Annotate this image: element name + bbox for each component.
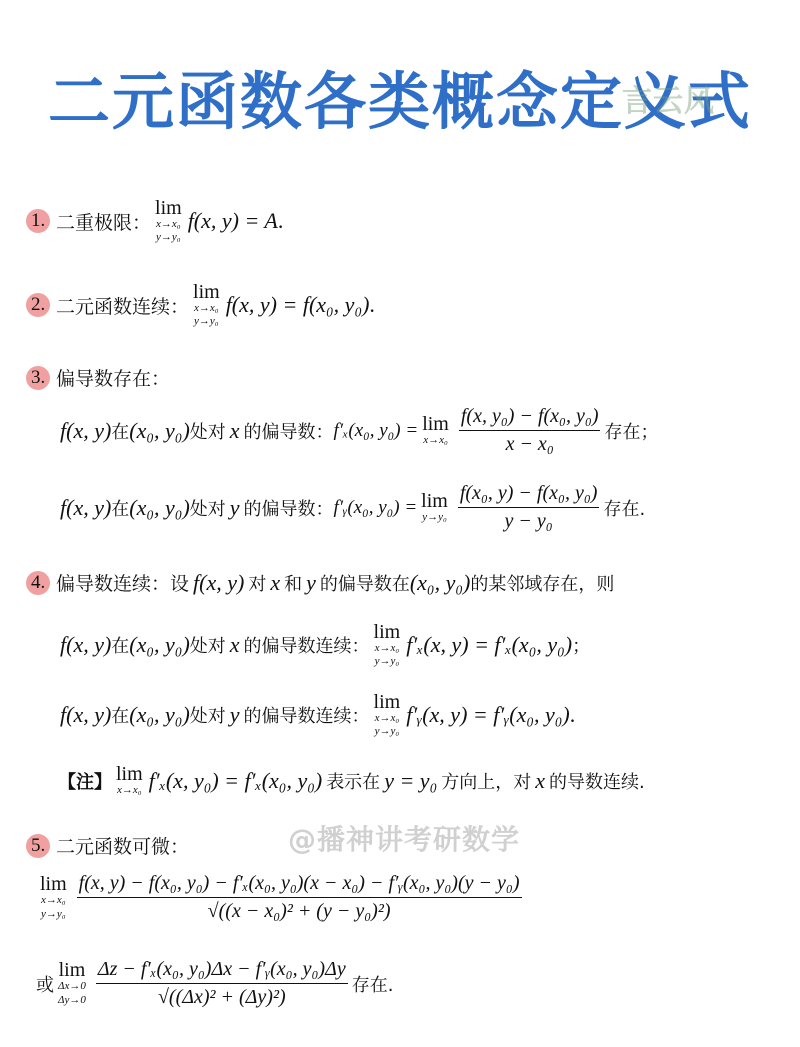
limit-operator: limΔx→0Δy→0 — [58, 960, 86, 1006]
difference-quotient: f(x₀, y) − f(x₀, y₀)y − y₀ — [458, 482, 600, 533]
text: 和 — [284, 570, 302, 596]
section-4-heading: 4. 偏导数连续：设 f(x, y) 对 x 和 y 的偏导数在 (x₀, y₀… — [26, 569, 614, 596]
function-expr: f(x, y) — [60, 702, 111, 728]
period: . — [570, 702, 576, 728]
limit-operator: limx→x₀y→y₀ — [193, 282, 220, 328]
text: 在 — [111, 418, 129, 444]
section-5-heading: 5. 二元函数可微： — [26, 832, 189, 859]
number-badge: 4. — [26, 571, 50, 595]
note-line: 【注】 limx→x₀ f′ₓ(x, y₀) = f′ₓ(x₀, y₀) 表示在… — [58, 764, 645, 797]
variable: y — [230, 495, 240, 521]
number-badge: 2. — [26, 293, 50, 317]
difference-quotient: f(x, y₀) − f(x₀, y₀)x − x₀ — [459, 405, 601, 456]
function-expr: f(x, y) — [60, 632, 111, 658]
function-expr: f(x, y) — [193, 570, 244, 596]
period: . — [278, 208, 284, 234]
text: 的偏导数： — [244, 418, 334, 444]
point-expr: (x₀, y₀) — [410, 570, 470, 596]
limit-operator: limx→x₀ — [116, 764, 143, 797]
partial-x-definition: f(x, y) 在 (x₀, y₀) 处对 x 的偏导数： f′ₓ(x₀, y₀… — [60, 405, 658, 456]
text: 存在. — [352, 971, 394, 997]
section-label: 二元函数连续： — [56, 292, 189, 319]
text: 处对 — [190, 702, 226, 728]
text: 的偏导数在 — [320, 570, 410, 596]
text: 的偏导数连续： — [244, 632, 370, 658]
variable: x — [230, 418, 240, 444]
continuity-x-line: f(x, y) 在 (x₀, y₀) 处对 x 的偏导数连续： limx→x₀y… — [60, 622, 590, 668]
section-label: 二元函数可微： — [56, 832, 189, 859]
variable: x — [270, 570, 280, 596]
text: 存在. — [603, 495, 645, 521]
period: . — [369, 292, 375, 318]
limit-operator: limx→x₀y→y₀ — [374, 692, 401, 738]
section-label: 二重极限： — [56, 208, 151, 235]
number-badge: 5. — [26, 834, 50, 858]
section-1: 1. 二重极限： limx→x₀y→y₀ f(x, y) = A . — [26, 198, 283, 244]
text: 方向上，对 — [441, 768, 531, 794]
number-badge: 1. — [26, 209, 50, 233]
text: ； — [572, 632, 590, 658]
text: 处对 — [190, 418, 226, 444]
section-3-heading: 3. 偏导数存在： — [26, 364, 170, 391]
partial-derivative: f′ₓ(x₀, y₀) = — [334, 420, 419, 442]
section-label: 偏导数存在： — [56, 364, 170, 391]
fraction: Δz − f′ₓ(x₀, y₀)Δx − f′ᵧ(x₀, y₀)Δy√((Δx)… — [96, 958, 348, 1009]
text: 存在； — [604, 418, 658, 444]
section-label: 偏导数连续：设 — [56, 569, 189, 596]
limit-operator: limy→y₀ — [421, 491, 448, 524]
text: 表示在 — [326, 768, 380, 794]
function-expr: f(x, y) — [60, 418, 111, 444]
differentiability-formula-2: 或 limΔx→0Δy→0 Δz − f′ₓ(x₀, y₀)Δx − f′ᵧ(x… — [36, 958, 393, 1009]
text: 的导数连续. — [549, 768, 645, 794]
limit-operator: limx→x₀y→y₀ — [374, 622, 401, 668]
continuity-y-line: f(x, y) 在 (x₀, y₀) 处对 y 的偏导数连续： limx→x₀y… — [60, 692, 575, 738]
partial-y-definition: f(x, y) 在 (x₀, y₀) 处对 y 的偏导数： f′ᵧ(x₀, y₀… — [60, 482, 645, 533]
text: 处对 — [190, 495, 226, 521]
limit-operator: limx→x₀y→y₀ — [40, 874, 67, 920]
watermark-center: @播神讲考研数学 — [288, 818, 520, 858]
variable: y — [230, 702, 240, 728]
text: 在 — [111, 702, 129, 728]
formula: f′ₓ(x, y) = f′ₓ(x₀, y₀) — [406, 632, 572, 658]
limit-operator: limx→x₀ — [422, 414, 449, 447]
function-expr: f(x, y) — [60, 495, 111, 521]
variable: y — [306, 570, 316, 596]
point-expr: (x₀, y₀) — [129, 495, 189, 521]
text: 对 — [248, 570, 266, 596]
limit-operator: limx→x₀y→y₀ — [155, 198, 182, 244]
point-expr: (x₀, y₀) — [129, 418, 189, 444]
formula: f′ₓ(x, y₀) = f′ₓ(x₀, y₀) — [149, 768, 323, 794]
note-tag: 【注】 — [58, 768, 112, 794]
variable: x — [230, 632, 240, 658]
fraction: f(x, y) − f(x₀, y₀) − f′ₓ(x₀, y₀)(x − x₀… — [77, 872, 522, 923]
text: 处对 — [190, 632, 226, 658]
formula: f(x, y) = A — [188, 208, 278, 234]
text: 的某邻域存在，则 — [470, 570, 614, 596]
point-expr: (x₀, y₀) — [129, 702, 189, 728]
formula: f′ᵧ(x, y) = f′ᵧ(x₀, y₀) — [406, 702, 570, 728]
equation: y = y₀ — [384, 768, 437, 794]
text: 或 — [36, 971, 54, 997]
number-badge: 3. — [26, 366, 50, 390]
point-expr: (x₀, y₀) — [129, 632, 189, 658]
text: 在 — [111, 495, 129, 521]
formula: f(x, y) = f(x₀, y₀) — [226, 292, 370, 318]
text: 的偏导数连续： — [244, 702, 370, 728]
text: 在 — [111, 632, 129, 658]
variable: x — [535, 768, 545, 794]
text: 的偏导数： — [244, 495, 334, 521]
watermark-corner: 言云风 — [622, 76, 715, 120]
partial-derivative: f′ᵧ(x₀, y₀) = — [334, 497, 418, 519]
differentiability-formula-1: limx→x₀y→y₀ f(x, y) − f(x₀, y₀) − f′ₓ(x₀… — [36, 872, 526, 923]
section-2: 2. 二元函数连续： limx→x₀y→y₀ f(x, y) = f(x₀, y… — [26, 282, 375, 328]
